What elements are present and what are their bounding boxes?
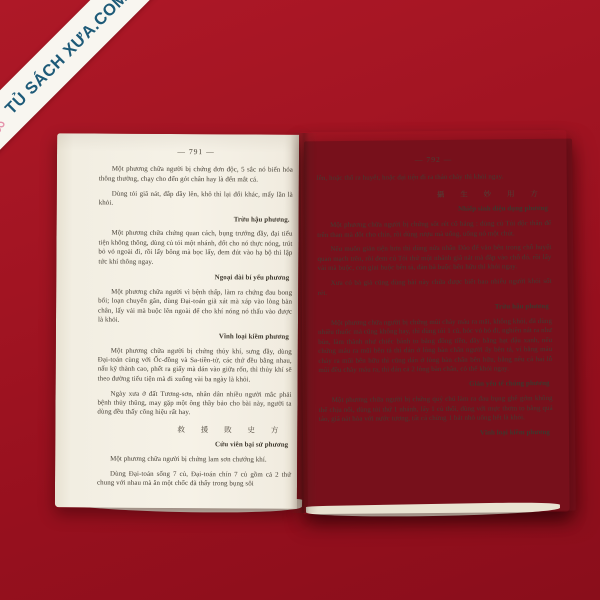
chinese-caption: 救 援 敗 史 方 xyxy=(97,424,291,435)
watermark-banner: TỦ SÁCH XƯA.COM xyxy=(0,0,158,154)
page-number: — 791 — xyxy=(99,147,293,158)
page-left-paragraphs: Một phương chữa người bị chứng đơn độc, … xyxy=(97,165,293,490)
paragraph: Dùng tỏi giã nát, đắp dầy lên, khô thì l… xyxy=(99,189,293,209)
book-page-left: — 791 — Một phương chữa người bị chứng đ… xyxy=(55,133,299,508)
butterfly-icon xyxy=(0,109,11,139)
page-right-paragraphs: lên, hoặc thổ ra huyết, hoặc đại tiện đi… xyxy=(317,172,553,439)
paragraph: Dùng Đại-toán sống 7 củ, Đại-toán chín 7… xyxy=(97,470,291,490)
paragraph: Nếu muốn giản tiện hơn thì dùng nửa nhân… xyxy=(317,243,551,273)
book-page-right: — 792 — lên, hoặc thổ ra huyết, hoặc đại… xyxy=(300,130,569,514)
source-title: Ngoại đài bí yếu phương xyxy=(98,273,292,284)
source-title: Vĩnh loại kiềm phương xyxy=(319,428,553,439)
paragraph: Một phương chữa chứng quan cách, bụng tr… xyxy=(98,229,292,268)
source-title: Giản yếu tế chúng phương xyxy=(319,379,553,390)
photo-background: — 791 — Một phương chữa người bị chứng đ… xyxy=(0,0,600,600)
watermark-text: TỦ SÁCH XƯA.COM xyxy=(2,0,132,118)
page-right-content: — 792 — lên, hoặc thổ ra huyết, hoặc đại… xyxy=(317,154,553,440)
paragraph: Một phương chữa người bị chứng quỷ chú l… xyxy=(319,394,553,424)
paragraph: Xưa có bà già cũng dùng bài này chữa đượ… xyxy=(318,277,552,298)
page-number: — 792 — xyxy=(317,154,551,165)
source-title: Vĩnh loại kiềm phương xyxy=(98,331,292,342)
paragraph: Một phương chữa người bị chứng thủy khí,… xyxy=(98,346,292,385)
paragraph: Một phương chữa người bị chứng sốt rét c… xyxy=(317,219,551,240)
source-title: Nhiếp sinh diệu dụng phương xyxy=(317,204,551,215)
paragraph: Một phương chữa người bị chứng mũi chảy … xyxy=(318,317,552,375)
paragraph: Ngày xưa ở đất Tương-sơn, nhân dân nhiều… xyxy=(97,389,291,418)
paragraph: Một phương chữa người bị chứng đơn độc, … xyxy=(99,165,293,185)
paragraph: lên, hoặc thổ ra huyết, hoặc đại tiện đi… xyxy=(317,172,551,183)
paragraph: Một phương chữa người bị chứng lam sơn c… xyxy=(97,455,291,466)
source-title: Trừu hậu phương. xyxy=(99,214,293,225)
chinese-caption: 攝 生 妙 用 方 xyxy=(317,189,551,200)
paragraph: Một phương chữa người vì bệnh thấp, làm … xyxy=(98,287,292,326)
page-left-content: — 791 — Một phương chữa người bị chứng đ… xyxy=(97,147,293,500)
source-title: Trừu hậu phương xyxy=(318,302,552,313)
source-title: Cứu viên bại sử phương xyxy=(97,440,291,451)
